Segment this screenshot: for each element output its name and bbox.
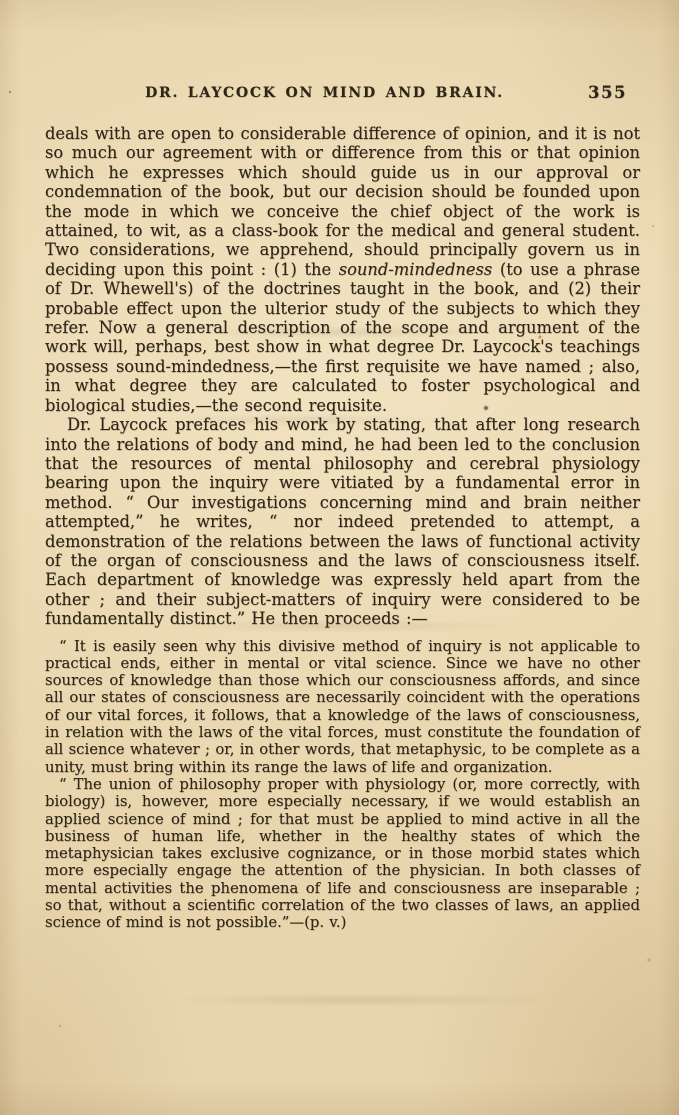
- scanned-book-page: DR. LAYCOCK ON MIND AND BRAIN. 355 deals…: [0, 0, 679, 1115]
- block-quote-2: “ The union of philosophy proper with ph…: [45, 776, 640, 932]
- paragraph-1-text-before-italic: deals with are open to considerable diff…: [45, 124, 640, 279]
- page-header: DR. LAYCOCK ON MIND AND BRAIN. 355: [45, 0, 640, 103]
- running-title: DR. LAYCOCK ON MIND AND BRAIN.: [145, 85, 504, 101]
- page-body: deals with are open to considerable diff…: [45, 124, 640, 932]
- italic-term-sound-mindedness: sound-mindedness: [339, 260, 493, 279]
- paragraph-2: Dr. Laycock prefaces his work by stating…: [45, 415, 640, 628]
- block-quote-1: “ It is easily seen why this divisive me…: [45, 638, 640, 776]
- paragraph-1: deals with are open to considerable diff…: [45, 124, 640, 415]
- page-number: 355: [588, 83, 627, 102]
- paragraph-1-text-after-italic: (to use a phrase of Dr. Whewell's) of th…: [45, 260, 640, 415]
